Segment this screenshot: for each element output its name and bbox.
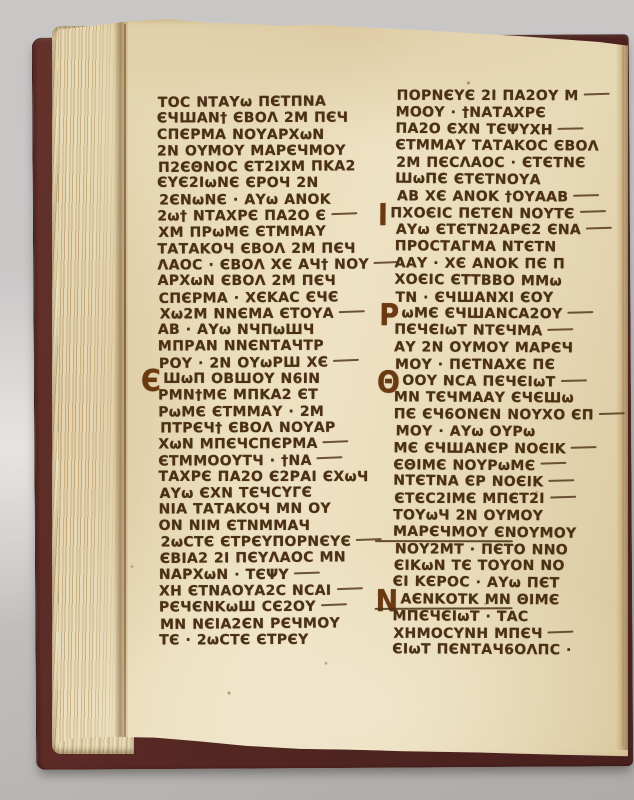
manuscript-line: Xω2Μ ΝΝЄΜΑ ЄΤΟΥΑ	[160, 305, 392, 322]
manuscript-line: ΜЄ ЄЧШΑΝЄΡ ΝΟЄΙΚ	[393, 440, 631, 458]
manuscript-line: ΜΑΡЄЧΜΟΥ ЄΝΟΥΜΟΥ	[393, 523, 631, 542]
manuscript-line: ΜΟΟΥ · †ΝΑΤΑΧΡЄ	[396, 104, 634, 122]
manuscript-line: ЄΤΜΜΑΥ ΤΑΤΑΚΟC ЄΒΟΛ	[395, 138, 633, 156]
manuscript-line: ЄΤΜΜΟΟΥΤЧ · †ΝΑ	[158, 452, 390, 469]
manuscript-line: ШωΠЄ ЄΤЄΤΝΟΥΑ	[395, 171, 633, 190]
enlarged-initial-letter: Θ	[377, 379, 400, 388]
manuscript-line: ЄΥЄ2ΙωΝЄ ЄΡΟЧ 2Ν	[157, 175, 389, 191]
manuscript-line: ΜΟΥ · ΑΥω ΟΥΡω	[396, 423, 634, 441]
manuscript-line: ΠЄ ЄЧ6ΟΝЄΝ ΝΟΥXΟ ЄΠ	[394, 406, 632, 424]
manuscript-line: ЄΤЄC2ΙΜЄ ΜΠЄΤ2Ι	[394, 491, 632, 508]
manuscript-line: ЄЧШΑΝ† ЄΒΟΛ 2Μ ΠЄЧ	[157, 110, 389, 127]
manuscript-line: ΜΟΥ · ΠЄΤΝΑXЄ ΠЄ	[395, 357, 633, 374]
manuscript-line: ΛΑΟC · ЄΒΟΛ XЄ ΑЧ† ΝΟΥ	[158, 256, 390, 273]
manuscript-line: ΑΥ 2Ν ΟΥΜΟΥ ΜΑΡЄЧ	[394, 339, 632, 357]
manuscript-line: ΘΟΟΥ ΝCΑ ΠЄЧЄΙωΤ	[394, 372, 632, 391]
enlarged-initial-letter: Є	[141, 377, 161, 386]
manuscript-line: ΜΠЄЧЄΙωΤ · ΤΑC	[392, 608, 630, 626]
manuscript-line: 2Ν ΟΥΜΟΥ ΜΑΡЄЧΜΟΥ	[157, 142, 389, 159]
manuscript-line: ΝΤЄΤΝΑ ЄΡ ΝΟЄΙΚ	[393, 473, 631, 492]
manuscript-line: 2ωCΤЄ ЄΤΡЄΥΠΟΡΝЄΥЄ	[161, 533, 393, 550]
manuscript-line: ΡΜΝ†ΜЄ ΜΠΚΑ2 ЄΤ	[158, 387, 390, 404]
enlarged-initial-letter: Ρ	[379, 312, 399, 321]
manuscript-line: ΝΑΡΧωΝ · ΤЄΨΥ	[159, 567, 391, 583]
manuscript-line: ΧωΝ ΜΠЄЧCΠЄΡΜΑ	[158, 436, 390, 453]
manuscript-line: Π2ЄΘΝΟC ЄΤ2ΙXΜ ΠΚΑ2	[158, 158, 390, 176]
enlarged-initial-letter: Ν	[376, 598, 399, 607]
manuscript-line: ΑΒ XЄ ΑΝΟΚ †ΟΥΑΑΒ	[397, 188, 634, 206]
manuscript-line: ΤΝ · ЄЧШΑΝXΙ ЄΟΥ	[395, 289, 633, 306]
manuscript-photo: ΤΟC ΝΤΑΥω ΠЄΤΠΝΑЄЧШΑΝ† ЄΒΟΛ 2Μ ΠЄЧCΠЄΡΜΑ…	[0, 0, 634, 800]
text-column-left: ΤΟC ΝΤΑΥω ΠЄΤΠΝΑЄЧШΑΝ† ЄΒΟΛ 2Μ ΠЄЧCΠЄΡΜΑ…	[157, 93, 391, 648]
manuscript-line: 2Μ ΠЄCΛΑΟC · ЄΤЄΤΝЄ	[396, 155, 634, 172]
manuscript-line: 2ЄΝωΝЄ · ΑΥω ΑΝΟΚ	[159, 191, 391, 208]
manuscript-line: ΤΟC ΝΤΑΥω ΠЄΤΠΝΑ	[158, 93, 390, 111]
manuscript-line: ΤΟΥωЧ 2Ν ΟΥΜΟΥ	[393, 507, 631, 525]
parchment-page: ΤΟC ΝΤΑΥω ΠЄΤΠΝΑЄЧШΑΝ† ЄΒΟΛ 2Μ ΠЄЧCΠЄΡΜΑ…	[58, 16, 628, 760]
manuscript-line: ΤΑΤΑΚΟЧ ЄΒΟΛ 2Μ ΠЄЧ	[157, 240, 389, 257]
manuscript-line: ΜΝ ΤЄЧΜΑΑΥ ЄЧЄШω	[394, 390, 632, 408]
manuscript-line: ΡωΜЄ ЄΤΜΜΑΥ · 2Μ	[158, 403, 390, 420]
manuscript-line: ЄΙωΤ ΠЄΝΤΑЧ6ΟΛΠC ·	[392, 642, 630, 660]
manuscript-line: XΜ ΠΡωΜЄ ЄΤΜΜΑΥ	[158, 223, 390, 241]
manuscript-line: ΝΙΑ ΤΑΤΑΚΟЧ ΜΝ ΟΥ	[159, 501, 391, 518]
manuscript-line: ΑΑΥ · XЄ ΑΝΟΚ ΠЄ Π	[395, 255, 633, 273]
manuscript-line: ΠΡΟCΤΑΓΜΑ ΝΤЄΤΝ	[395, 238, 633, 256]
text-column-right: ΠΟΡΝЄΥЄ 2Ι ΠΑ2ΟΥ ΜΜΟΟΥ · †ΝΑΤΑΧΡЄΠΑ2Ο ЄX…	[392, 87, 633, 660]
manuscript-line: ΠΑ2Ο ЄXΝ ΤЄΨΥΧΗ	[395, 120, 633, 139]
manuscript-line: ΑΡΧωΝ ЄΒΟΛ 2Μ ΠЄЧ	[158, 273, 390, 289]
manuscript-line: ΠΟΡΝЄΥЄ 2Ι ΠΑ2ΟΥ Μ	[397, 88, 634, 105]
manuscript-line: ΤΑΧΡЄ ΠΑ2Ο Є2ΡΑΙ ЄXωЧ	[158, 469, 390, 485]
manuscript-line: ΙΠXΟЄΙC ΠЄΤЄΝ ΝΟΥΤЄ	[395, 205, 633, 223]
manuscript-line: ΝΑЄΝΚΟΤΚ ΜΝ ΘΙΜЄ	[393, 591, 631, 609]
manuscript-line: ΠΤΡЄЧ† ЄΒΟΛ ΝΟΥΑΡ	[160, 419, 392, 436]
manuscript-line: ЄШωΠ ΟΒШΟΥ Ν6ΙΝ	[158, 371, 390, 387]
manuscript-line: CΠЄΡΜΑ ΝΟΥΑΡΧωΝ	[157, 126, 389, 142]
manuscript-line: ΤЄ · 2ωCΤЄ ЄΤΡЄΥ	[159, 631, 391, 648]
manuscript-line: ΟΝ ΝΙΜ ЄΤΝΜΜΑЧ	[159, 518, 391, 534]
manuscript-line: XΟЄΙC ЄΤΤΒΒΟ ΜΜω	[394, 271, 632, 290]
manuscript-line: ΑΥω ЄΤЄΤΝ2ΑΡЄ2 ЄΝΑ	[396, 222, 634, 239]
manuscript-line: ЄΙ ΚЄΡΟC · ΑΥω ΠЄΤ	[393, 574, 631, 593]
manuscript-line: ΧΗ ЄΤΝΑΟΥΑ2C ΝCΑΙ	[159, 582, 391, 599]
manuscript-line: ΜΠΡΑΝ ΝΝЄΝΤΑЧΤΡ	[158, 338, 390, 355]
manuscript-line: ΜΝ ΝЄΙΑ2ЄΝ ΡЄЧΜΟΥ	[160, 614, 392, 632]
manuscript-line: ΡЄЧЄΝΚωШ CЄ2ΟΥ	[159, 599, 391, 616]
manuscript-line: ЄΙΚωΝ ΤЄ ΤΟΥΟΝ ΝΟ	[394, 558, 632, 575]
manuscript-line: ЄΒΙΑ2 2Ι ΠЄΥΛΑΟC ΜΝ	[160, 549, 392, 567]
manuscript-line: ΡΟΥ · 2Ν ΟΥωΡШ XЄ	[159, 354, 391, 372]
manuscript-line: CΠЄΡΜΑ · XЄΚΑC ЄЧЄ	[159, 289, 391, 307]
manuscript-line: ΑΥω ЄXΝ ΤЄЧCΥΓЄ	[159, 484, 391, 502]
manuscript-line: ΠЄЧЄΙωΤ ΝΤЄЧΜΑ	[394, 322, 632, 341]
enlarged-initial-letter: Ι	[378, 211, 388, 220]
manuscript-line: ΝΟΥ2ΜΤ · ΠЄΤΟ ΝΝΟ	[395, 541, 633, 559]
manuscript-line: 2ω† ΝΤΑΧΡЄ ΠΑ2Ο Є	[157, 208, 389, 225]
manuscript-line: ΧΗΜΟCΥΝΗ ΜΠЄЧ	[393, 625, 631, 642]
manuscript-line: ΑΒ · ΑΥω ΝЧΠωШЧ	[158, 322, 390, 338]
